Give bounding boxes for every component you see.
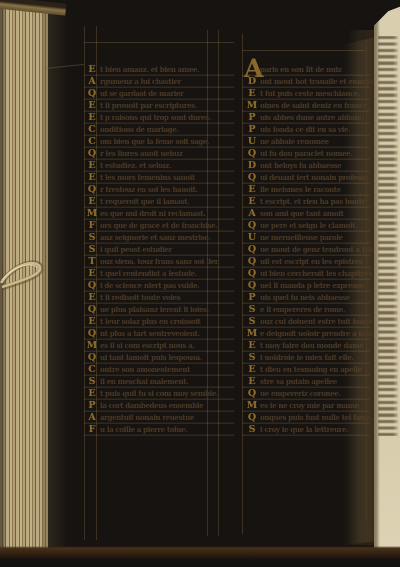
versal-initial: M	[244, 100, 260, 112]
verse-text: son ami que tant amoit	[260, 208, 343, 220]
verse-text: nt plus a tart sentreveoient.	[100, 328, 200, 340]
verse-text: e li empereres de rome.	[260, 304, 345, 316]
versal-initial: T	[84, 256, 100, 268]
verse-line: Sil en meschai malement.	[84, 376, 236, 388]
verse-text: r les liures auoit uehuz	[100, 148, 182, 160]
verse-text: t li prouoit par escriptures.	[100, 100, 197, 112]
verse-line: Qr les liures auoit uehuz	[84, 148, 236, 160]
page-fold-shadow	[348, 30, 376, 545]
versal-initial: Q	[244, 244, 260, 256]
versal-initial: E	[244, 376, 260, 388]
versal-initial: P	[244, 292, 260, 304]
versal-initial: E	[84, 268, 100, 280]
versal-initial: A	[244, 208, 260, 220]
verse-text: t leur solaz plus en croissoit	[100, 316, 200, 328]
versal-initial: Q	[244, 172, 260, 184]
versal-initial: Q	[244, 220, 260, 232]
verse-text: il en meschai malement.	[100, 376, 188, 388]
versal-initial: S	[84, 232, 100, 244]
verse-text: i quil peust estudier	[100, 244, 172, 256]
versal-initial: M	[84, 208, 100, 220]
versal-initial: E	[84, 196, 100, 208]
verse-text: uis fonda ce dit en sa vie.	[260, 124, 350, 136]
versal-initial: C	[84, 136, 100, 148]
versal-initial: Q	[84, 148, 100, 160]
versal-initial: P	[244, 112, 260, 124]
verse-line: Conditions de mariage.	[84, 124, 236, 136]
versal-initial: Q	[84, 328, 100, 340]
verse-line: Contre son amonestement	[84, 364, 236, 376]
verse-text: ne abbaie renomee	[260, 136, 329, 148]
versal-initial	[244, 64, 260, 76]
verse-text: t les mors femenins sauoit	[100, 172, 195, 184]
verse-text: stre sa putain apellee	[260, 376, 337, 388]
verse-text: r trestouz en soi les hauoit.	[100, 184, 198, 196]
verse-line: Qui se gardast de marier	[84, 88, 236, 100]
verse-text: ue empereriz coronee.	[260, 388, 340, 400]
versal-initial: E	[84, 388, 100, 400]
versal-initial: Q	[244, 412, 260, 424]
versal-initial: S	[244, 316, 260, 328]
verse-text: ne merueilleuse parole	[260, 232, 343, 244]
verse-text: t bien amanz. et bien amee.	[100, 64, 199, 76]
versal-initial: F	[84, 424, 100, 436]
verse-text: la cort dambedeus ensemble	[100, 400, 203, 412]
fore-edge-pages	[374, 0, 400, 560]
verse-text: t fut puis ceste meschiance.	[260, 88, 360, 100]
verse-text: argentuil nonain reuestue	[100, 412, 194, 424]
versal-initial: S	[244, 352, 260, 364]
versal-initial: C	[84, 364, 100, 376]
verse-text: ui tant lamoit puis lespousa.	[100, 352, 202, 364]
versal-initial: E	[84, 160, 100, 172]
versal-initial: E	[244, 88, 260, 100]
verse-text: t p raisons qui trop sont dures.	[100, 112, 211, 124]
verse-text: anz seignorie et sanz mestrise.	[100, 232, 210, 244]
verse-line: Qnt plus a tart sentreveoient.	[84, 328, 236, 340]
verse-text: t requeroit que il lamast.	[100, 196, 189, 208]
versal-initial: U	[244, 232, 260, 244]
verse-text: ont heloys fu abbaesse	[260, 160, 341, 172]
versal-initial: P	[244, 124, 260, 136]
verse-line: Touz siens. touz frans sanz soi lier.	[84, 256, 236, 268]
verse-text: i de science niert pas vuide.	[100, 280, 199, 292]
versal-initial: S	[244, 304, 260, 316]
verse-text: t li redisoit toute voies	[100, 292, 180, 304]
next-page-text-glimpse	[378, 36, 398, 436]
versal-initial: E	[244, 196, 260, 208]
book-bottom-edge	[0, 544, 400, 567]
ruling-horizontal	[84, 42, 234, 43]
verse-text: t estudiez. et sehuz.	[100, 160, 171, 172]
verse-text: rgumenz a lui chastier	[100, 76, 181, 88]
bookmark-tie	[0, 250, 48, 296]
versal-initial: E	[84, 64, 100, 76]
verse-text: onditions de mariage.	[100, 124, 178, 136]
versal-initial: E	[84, 112, 100, 124]
versal-initial: D	[244, 160, 260, 172]
versal-initial: M	[84, 340, 100, 352]
verse-line: Fors que de grace et de franchise.	[84, 220, 236, 232]
verse-text: ors que de grace et de franchise.	[100, 220, 217, 232]
versal-initial: E	[84, 100, 100, 112]
verse-line: Argumenz a lui chastier	[84, 76, 236, 88]
verse-line: Mes il si com escript nous a.	[84, 340, 236, 352]
versal-initial: C	[84, 124, 100, 136]
verse-text: t dieu en tesmoing en apelle	[260, 364, 362, 376]
verse-line: Et bien amanz. et bien amee.	[84, 64, 236, 76]
verse-text: ue plus plaisanz ierent li ioies.	[100, 304, 209, 316]
versal-initial: Q	[244, 148, 260, 160]
verse-line: Et leur solaz plus en croissoit	[84, 316, 236, 328]
verse-text: ontre son amonestement	[100, 364, 190, 376]
verse-line: Et quel rentendist a lestude.	[84, 268, 236, 280]
left-column: Et bien amanz. et bien amee.Argumenz a l…	[84, 64, 236, 436]
verse-line: Qi de science niert pas vuide.	[84, 280, 236, 292]
verse-line: Pla cort dambedeus ensemble	[84, 400, 236, 412]
versal-initial: F	[84, 220, 100, 232]
versal-initial: S	[84, 376, 100, 388]
versal-initial: U	[244, 136, 260, 148]
verse-text: ue pere et seign le clamoit.	[260, 220, 357, 232]
verse-line: Et li prouoit par escriptures.	[84, 100, 236, 112]
verse-line: Qui tant lamoit puis lespousa.	[84, 352, 236, 364]
verse-text: es que nul droit ni reclamast.	[100, 208, 205, 220]
verse-text: ui se gardast de marier	[100, 88, 183, 100]
photo-background: { "page": { "left_column": { "lines": [ …	[0, 0, 400, 567]
verse-text: i croy ie que la lettreure.	[260, 424, 348, 436]
versal-initial: Q	[84, 304, 100, 316]
verse-text: ouz siens. touz frans sanz soi lier.	[100, 256, 220, 268]
versal-initial: S	[84, 244, 100, 256]
versal-initial: A	[84, 76, 100, 88]
verse-line: Aargentuil nonain reuestue	[84, 412, 236, 424]
versal-initial: E	[84, 292, 100, 304]
versal-initial: E	[84, 172, 100, 184]
verse-text: om bien que la feme soit sage.	[100, 136, 209, 148]
versal-initial: E	[244, 340, 260, 352]
verse-line: Que plus plaisanz ierent li ioies.	[84, 304, 236, 316]
verse-line: Si quil peust estudier	[84, 244, 236, 256]
versal-initial: Q	[244, 388, 260, 400]
versal-initial: A	[84, 412, 100, 424]
versal-initial: Q	[244, 256, 260, 268]
verse-line: Et les mors femenins sauoit	[84, 172, 236, 184]
verse-text: t puis quil fu si com moy semble.	[100, 388, 218, 400]
verse-text: es ie ne croy mie par mame	[260, 400, 359, 412]
verse-text: lle meismes le raconte	[260, 184, 341, 196]
verse-line: Com bien que la feme soit sage.	[84, 136, 236, 148]
verse-text: paris en son lit de nuiz	[260, 64, 341, 76]
versal-initial: Q	[84, 184, 100, 196]
versal-initial: Q	[84, 280, 100, 292]
verse-line: Et puis quil fu si com moy semble.	[84, 388, 236, 400]
versal-initial: M	[244, 328, 260, 340]
verse-text: u la coille a pierre tolue.	[100, 424, 187, 436]
versal-initial: M	[244, 400, 260, 412]
versal-initial: P	[84, 400, 100, 412]
verse-text: uis quel fu neis abbaesse	[260, 292, 350, 304]
verse-line: Et estudiez. et sehuz.	[84, 160, 236, 172]
versal-initial: E	[244, 184, 260, 196]
verse-line: Et li redisoit toute voies	[84, 292, 236, 304]
verse-text: t quel rentendist a lestude.	[100, 268, 197, 280]
verse-line: Fu la coille a pierre tolue.	[84, 424, 236, 436]
verse-text: i uoldroie ie miex fait elle.	[260, 352, 353, 364]
verse-line: Mes que nul droit ni reclamast.	[84, 208, 236, 220]
versal-initial: S	[244, 424, 260, 436]
versal-initial: E	[84, 316, 100, 328]
verse-text: ui fu dou paraclet nomee.	[260, 148, 352, 160]
versal-initial: Q	[244, 280, 260, 292]
versal-initial: D	[244, 76, 260, 88]
verse-line: Et requeroit que il lamast.	[84, 196, 236, 208]
versal-initial: Q	[84, 88, 100, 100]
versal-initial: Q	[244, 268, 260, 280]
verse-text: es il si com escript nous a.	[100, 340, 194, 352]
versal-initial: E	[244, 364, 260, 376]
verse-line: Et p raisons qui trop sont dures.	[84, 112, 236, 124]
verse-line: Qr trestouz en soi les hauoit.	[84, 184, 236, 196]
verse-line: Sanz seignorie et sanz mestrise.	[84, 232, 236, 244]
versal-initial: Q	[84, 352, 100, 364]
